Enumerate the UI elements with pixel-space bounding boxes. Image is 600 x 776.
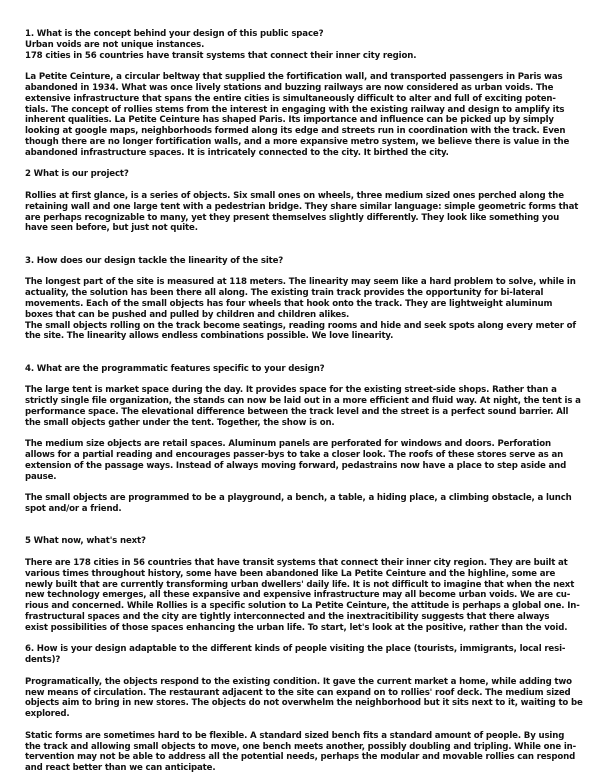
- paragraph-line: explored.: [25, 709, 585, 720]
- paragraph-line: abandoned infrastructure spaces. It is i…: [25, 148, 585, 159]
- section-3: 3. How does our design tackle the linear…: [25, 256, 585, 342]
- paragraph-line: the track and allowing small objects to …: [25, 742, 585, 753]
- paragraph-line: The small objects rolling on the track b…: [25, 321, 585, 332]
- paragraph-line: spot and/or a friend.: [25, 504, 585, 515]
- paragraph-line: have seen before, but just not quite.: [25, 223, 585, 234]
- paragraph-line: extensive infrastructure that spans the …: [25, 94, 585, 105]
- paragraph-line: 178 cities in 56 countries have transit …: [25, 51, 585, 62]
- paragraph-line: looking at google maps, neighborhoods fo…: [25, 126, 585, 137]
- paragraph-line: allows for a partial reading and encoura…: [25, 450, 585, 461]
- paragraph-line: Urban voids are not unique instances.: [25, 40, 585, 51]
- paragraph-line: frastructural spaces and the city are ti…: [25, 612, 585, 623]
- paragraph-line: tials. The concept of rollies stems from…: [25, 105, 585, 116]
- paragraph-line: There are 178 cities in 56 countries tha…: [25, 558, 585, 569]
- section-5: 5 What now, what's next? There are 178 c…: [25, 536, 585, 633]
- paragraph-line: boxes that can be pushed and pulled by c…: [25, 310, 585, 321]
- paragraph-line: tervention may not be able to address al…: [25, 752, 585, 763]
- paragraph-line: newly built that are currently transform…: [25, 580, 585, 591]
- section-1: 1. What is the concept behind your desig…: [25, 29, 585, 159]
- paragraph-line: actuality, the solution has been there a…: [25, 288, 585, 299]
- paragraph-line: pause.: [25, 472, 585, 483]
- section-4: 4. What are the programmatic features sp…: [25, 364, 585, 515]
- section-4-question: 4. What are the programmatic features sp…: [25, 364, 585, 375]
- paragraph-line: new means of circulation. The restaurant…: [25, 688, 585, 699]
- paragraph-line: though there are no longer fortification…: [25, 137, 585, 148]
- paragraph-line: Static forms are sometimes hard to be fl…: [25, 731, 585, 742]
- section-2-question: 2 What is our project?: [25, 169, 585, 180]
- section-6-question: dents)?: [25, 655, 585, 666]
- paragraph-line: extension of the passage ways. Instead o…: [25, 461, 585, 472]
- paragraph-line: retaining wall and one large tent with a…: [25, 202, 585, 213]
- paragraph-line: The large tent is market space during th…: [25, 385, 585, 396]
- paragraph-line: inherent qualities. La Petite Ceinture h…: [25, 115, 585, 126]
- paragraph-line: exist possibilities of those spaces enha…: [25, 623, 585, 634]
- section-6-question: 6. How is your design adaptable to the d…: [25, 644, 585, 655]
- paragraph-line: Programatically, the objects respond to …: [25, 677, 585, 688]
- document-page: 1. What is the concept behind your desig…: [25, 29, 585, 774]
- paragraph-line: the site. The linearity allows endless c…: [25, 331, 585, 342]
- paragraph-line: and react better than we can anticipate.: [25, 763, 585, 774]
- paragraph-line: strictly single file organization, the s…: [25, 396, 585, 407]
- section-5-question: 5 What now, what's next?: [25, 536, 585, 547]
- paragraph-line: abandoned in 1934. What was once lively …: [25, 83, 585, 94]
- paragraph-line: new technology emerges, all these expans…: [25, 590, 585, 601]
- paragraph-line: are perhaps recognizable to many, yet th…: [25, 213, 585, 224]
- paragraph-line: The medium size objects are retail space…: [25, 439, 585, 450]
- paragraph-line: The longest part of the site is measured…: [25, 277, 585, 288]
- paragraph-line: various times throughout history, some h…: [25, 569, 585, 580]
- paragraph-line: rious and concerned. While Rollies is a …: [25, 601, 585, 612]
- paragraph-line: the small objects gather under the tent.…: [25, 418, 585, 429]
- section-3-question: 3. How does our design tackle the linear…: [25, 256, 585, 267]
- section-6: 6. How is your design adaptable to the d…: [25, 644, 585, 774]
- paragraph-line: performance space. The elevational diffe…: [25, 407, 585, 418]
- paragraph-line: Rollies at first glance, is a series of …: [25, 191, 585, 202]
- section-2: 2 What is our project? Rollies at first …: [25, 169, 585, 234]
- paragraph-line: The small objects are programmed to be a…: [25, 493, 585, 504]
- section-1-question: 1. What is the concept behind your desig…: [25, 29, 585, 40]
- paragraph-line: La Petite Ceinture, a circular beltway t…: [25, 72, 585, 83]
- paragraph-line: objects aim to bring in new stores. The …: [25, 698, 585, 709]
- paragraph-line: movements. Each of the small objects has…: [25, 299, 585, 310]
